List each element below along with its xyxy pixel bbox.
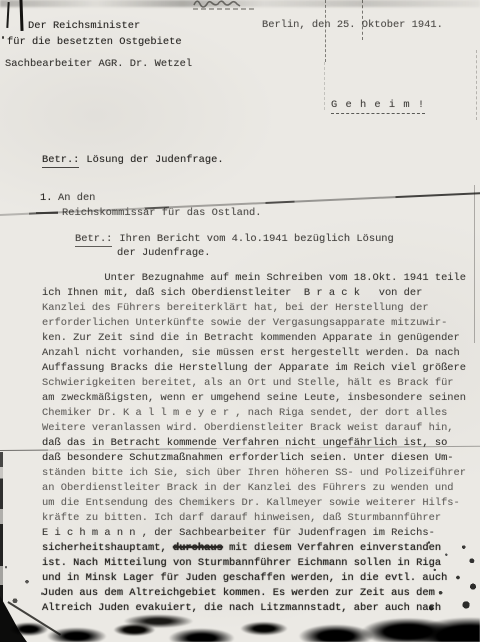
recipient-salutation: An den	[58, 192, 95, 205]
classification-stamp: G e h e i m !	[331, 99, 425, 112]
body-line-with-strikethrough: sicherheitshauptamt, durchaus mit diesem…	[42, 541, 466, 556]
body-line: Altreich Juden evakuiert, die nach Litzm…	[42, 601, 466, 616]
recipient-number: 1.	[40, 192, 52, 205]
body-line: ständen bitte ich Sie, sich über Ihren h…	[42, 466, 466, 481]
body-line: ist. Nach Mitteilung von Sturmbannführer…	[42, 556, 466, 571]
body-line-post: mit diesem Verfahren einverstanden	[223, 542, 441, 554]
subject-line: Betr.:Lösung der Judenfrage.	[42, 154, 224, 167]
subject-text: Lösung der Judenfrage.	[86, 154, 223, 166]
body-line: kräfte zu bitten. Ich darf darauf hinwei…	[42, 511, 466, 526]
body-line: und in Minsk Lager für Juden geschaffen …	[42, 571, 466, 586]
letterhead-office-line2: für die besetzten Ostgebiete	[7, 36, 182, 49]
reference-line1-text: Ihren Bericht vom 4.lo.1941 bezüglich Lö…	[119, 233, 393, 245]
body-line: ich Ihnen mit, daß sich Oberdienstleiter…	[42, 286, 466, 301]
body-line: daß besondere Schutzmaßnahmen erforderli…	[42, 451, 466, 466]
body-line: ken. Zur Zeit sind die in Betracht komme…	[42, 331, 466, 346]
body-line: an Oberdienstleiter Brack in der Kanzlei…	[42, 481, 466, 496]
reference-label: Betr.:	[75, 233, 112, 247]
body-line-pre: sicherheitshauptamt,	[42, 542, 173, 554]
body-line: erforderlichen Unterkünfte sowie der Ver…	[42, 316, 466, 331]
body-line: E i c h m a n n , der Sachbearbeiter für…	[42, 526, 466, 541]
body-line: am zweckmäßigsten, wenn er umgehend sein…	[42, 391, 466, 406]
letter-body: Unter Bezugnahme auf mein Schreiben vom …	[42, 271, 466, 616]
classification-geheim-label: G e h e i m !	[331, 99, 425, 114]
body-line: Unter Bezugnahme auf mein Schreiben vom …	[42, 271, 466, 286]
body-line: Schwierigkeiten bereitet, als an Ort und…	[42, 376, 466, 391]
subject-label: Betr.:	[42, 154, 79, 168]
reference-line2: der Judenfrage.	[117, 247, 211, 260]
body-line: Anzahl nicht vorhanden, sie müssen erst …	[42, 346, 466, 361]
clerk-line: Sachbearbeiter AGR. Dr. Wetzel	[5, 58, 192, 71]
body-line: Chemiker Dr. K a l l m e y e r , nach Ri…	[42, 406, 466, 421]
reference-line1: Betr.:Ihren Bericht vom 4.lo.1941 bezügl…	[75, 233, 394, 246]
body-line: um die Entsendung des Chemikers Dr. Kall…	[42, 496, 466, 511]
struck-word: durchaus	[173, 542, 223, 554]
dateline: Berlin, den 25. Oktober 1941.	[262, 19, 443, 32]
recipient-name: Reichskommissar für das Ostland.	[62, 207, 262, 220]
body-line: Weitere veranlassen wird. Oberdienstleit…	[42, 421, 466, 436]
body-line: Kanzlei des Führers bereiterklärt hat, b…	[42, 301, 466, 316]
body-line: Juden aus dem Altreichgebiet kommen. Es …	[42, 586, 466, 601]
typewritten-text-layer: Der Reichsminister für die besetzten Ost…	[0, 0, 480, 642]
body-line: Auffassung Bracks die Herstellung der Ap…	[42, 361, 466, 376]
letterhead-office-line1: Der Reichsminister	[28, 20, 140, 33]
body-line: daß das in Betracht kommende Verfahren n…	[42, 436, 466, 451]
scanned-document-page: Der Reichsminister für die besetzten Ost…	[0, 0, 480, 642]
